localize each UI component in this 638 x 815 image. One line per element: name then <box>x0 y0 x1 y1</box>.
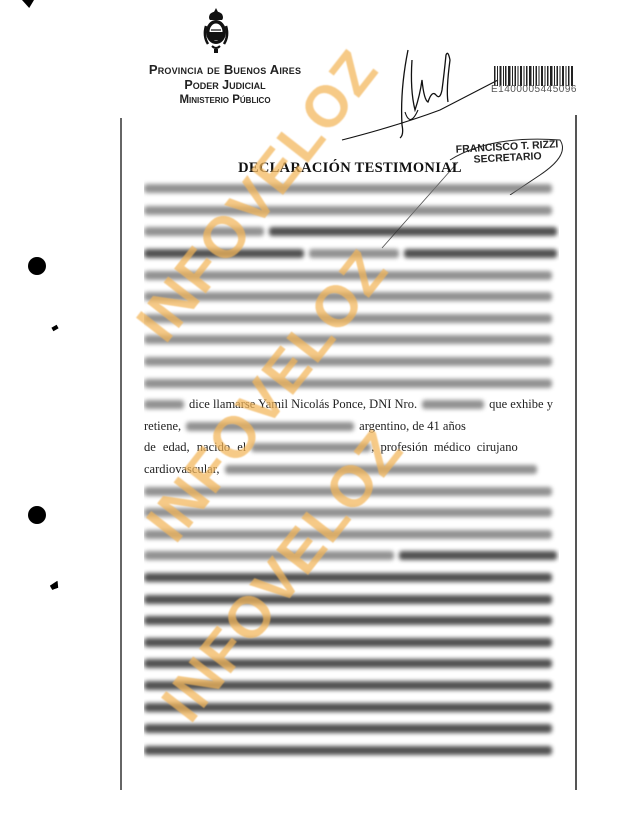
page-border-left <box>120 118 122 790</box>
redacted-line <box>144 567 559 589</box>
barcode-number: E1400005445096 <box>491 84 577 95</box>
institution-province: Provincia de Buenos Aires <box>130 62 320 77</box>
redacted-line <box>144 178 559 200</box>
redacted-line <box>144 588 559 610</box>
redacted-line <box>144 351 559 373</box>
punch-hole-lower <box>28 506 46 524</box>
page-border-right <box>575 115 577 790</box>
barcode <box>494 66 574 86</box>
scan-speck <box>49 581 60 591</box>
institution-judicial: Poder Judicial <box>130 78 320 92</box>
text-line: dice llamarse Yamil Nicolás Ponce, DNI N… <box>144 394 559 416</box>
coat-of-arms-icon <box>200 6 232 56</box>
redacted-line <box>144 739 559 761</box>
punch-hole-upper <box>28 257 46 275</box>
scan-speck <box>51 325 58 331</box>
redacted-line <box>144 372 559 394</box>
scan-mark-top <box>22 0 34 8</box>
redacted-line <box>144 545 559 567</box>
